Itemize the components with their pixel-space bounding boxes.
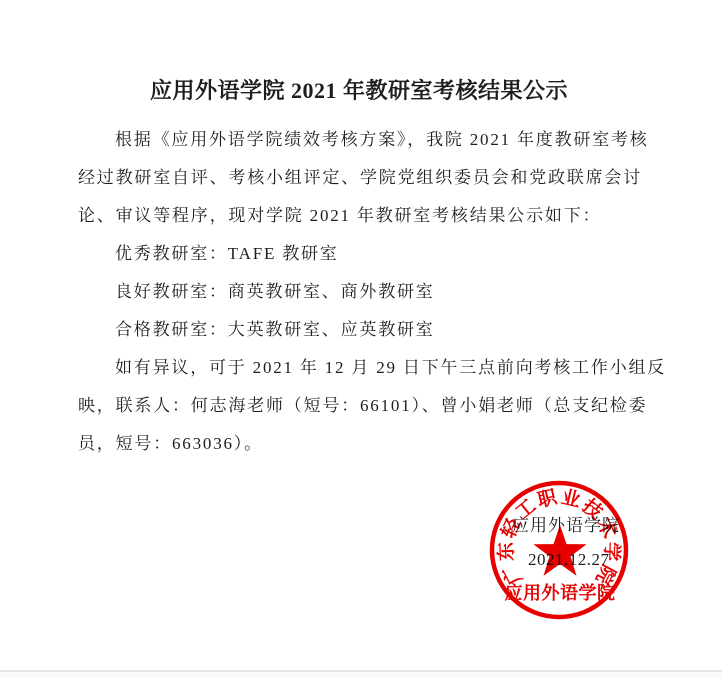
seal-arc-char: 东 bbox=[494, 542, 518, 562]
body-line-3: 论、审议等程序，现对学院 2021 年教研室考核结果公示如下： bbox=[78, 197, 644, 235]
body-line-8: 映，联系人：何志海老师（短号：66101）、曾小娟老师（总支纪检委 bbox=[78, 387, 644, 425]
body-line-7: 如有异议，可于 2021 年 12 月 29 日下午三点前向考核工作小组反 bbox=[78, 349, 644, 387]
document-title: 应用外语学院 2021 年教研室考核结果公示 bbox=[78, 74, 640, 105]
body-line-2: 经过教研室自评、考核小组评定、学院党组织委员会和党政联席会讨 bbox=[78, 159, 644, 197]
seal-arc-char: 业 bbox=[559, 486, 583, 512]
official-seal: 广东轻工职业技术学院 应用外语学院 bbox=[484, 475, 634, 625]
star-icon bbox=[533, 525, 586, 576]
seal-bottom-text: 应用外语学院 bbox=[505, 582, 616, 603]
result-line-qualified: 合格教研室：大英教研室、应英教研室 bbox=[78, 311, 644, 349]
body-line-9: 员，短号：663036）。 bbox=[78, 425, 644, 463]
document-body: 根据《应用外语学院绩效考核方案》，我院 2021 年度教研室考核 经过教研室自评… bbox=[78, 121, 644, 463]
body-line-1: 根据《应用外语学院绩效考核方案》，我院 2021 年度教研室考核 bbox=[78, 121, 644, 159]
seal-arc-char: 职 bbox=[535, 486, 559, 512]
result-line-good: 良好教研室：商英教研室、商外教研室 bbox=[78, 273, 644, 311]
result-line-excellent: 优秀教研室：TAFE 教研室 bbox=[78, 235, 644, 273]
page-bottom-edge bbox=[0, 670, 722, 678]
seal-arc-char: 学 bbox=[600, 542, 624, 562]
